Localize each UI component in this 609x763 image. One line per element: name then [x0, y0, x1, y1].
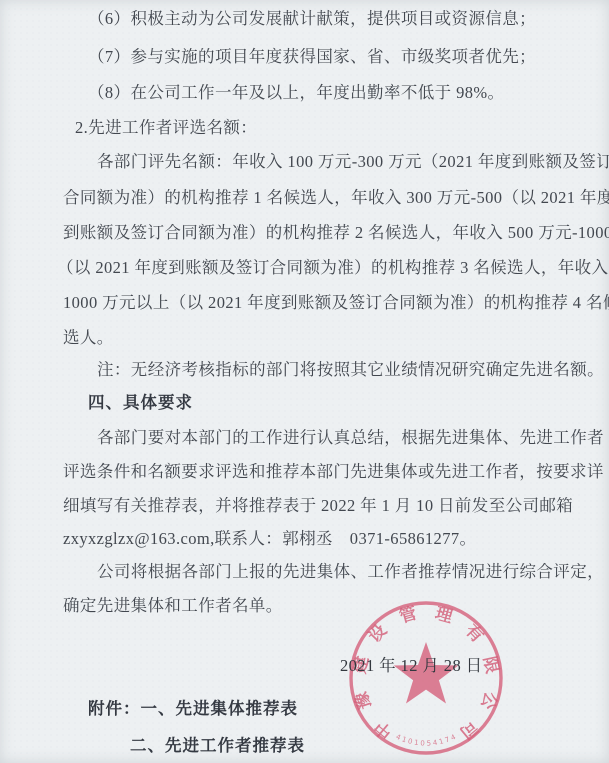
svg-text:中: 中: [370, 717, 396, 743]
line-contact-email: zxyxzglzx@163.com,联系人：郭栩丞 0371-65861277。: [63, 528, 476, 550]
line-req-3: 细填写有关推荐表，并将推荐表于 2022 年 1 月 10 日前发至公司邮箱: [63, 495, 573, 517]
attachment-line-2: 二、先进工作者推荐表: [130, 735, 305, 757]
line-closing-1: 公司将根据各部门上报的先进集体、工作者推荐情况进行综合评定，: [97, 561, 604, 583]
heading-section-4: 四、具体要求: [88, 392, 193, 414]
line-item-8: （8）在公司工作一年及以上，年度出勤率不低于 98%。: [88, 82, 504, 104]
line-req-1: 各部门要对本部门的工作进行认真总结，根据先进集体、先进工作者: [97, 427, 604, 449]
line-item-6: （6）积极主动为公司发展献计献策，提供项目或资源信息；: [88, 8, 536, 30]
line-item-7: （7）参与实施的项目年度获得国家、省、市级奖项者优先；: [88, 46, 536, 68]
date-line: 2021 年 12 月 28 日: [340, 655, 483, 677]
line-quota-3: 到账额及签订合同额为准）的机构推荐 2 名候选人，年收入 500 万元-1000: [63, 222, 609, 244]
line-quota-5: 1000 万元以上（以 2021 年度到账额及签订合同额为准）的机构推荐 4 名…: [63, 292, 609, 314]
attachment-line-1: 附件：一、先进集体推荐表: [88, 698, 298, 720]
svg-text:限: 限: [480, 655, 502, 676]
svg-text:司: 司: [456, 717, 481, 742]
svg-text:设: 设: [364, 620, 390, 646]
svg-text:公: 公: [477, 689, 500, 711]
line-quota-2: 合同额为准）的机构推荐 1 名候选人，年收入 300 万元-500（以 2021…: [63, 187, 609, 209]
line-note: 注：无经济考核指标的部门将按照其它业绩情况研究确定先进名额。: [97, 359, 604, 381]
line-quota-heading: 2.先进工作者评选名额：: [75, 117, 257, 139]
line-closing-2: 确定先进集体和工作者名单。: [63, 595, 283, 617]
line-quota-4: （以 2021 年度到账额及签订合同额为准）的机构推荐 3 名候选人，年收入: [57, 257, 608, 279]
line-req-2: 评选条件和名额要求评选和推荐本部门先进集体或先进工作者，按要求详: [63, 461, 604, 483]
line-quota-1: 各部门评先名额：年收入 100 万元-300 万元（2021 年度到账额及签订: [97, 151, 609, 173]
scanned-document-page: （6）积极主动为公司发展献计献策，提供项目或资源信息； （7）参与实施的项目年度…: [0, 0, 609, 763]
svg-text:理: 理: [433, 604, 455, 627]
svg-text:有: 有: [462, 620, 488, 646]
line-quota-6: 选人。: [63, 327, 114, 349]
